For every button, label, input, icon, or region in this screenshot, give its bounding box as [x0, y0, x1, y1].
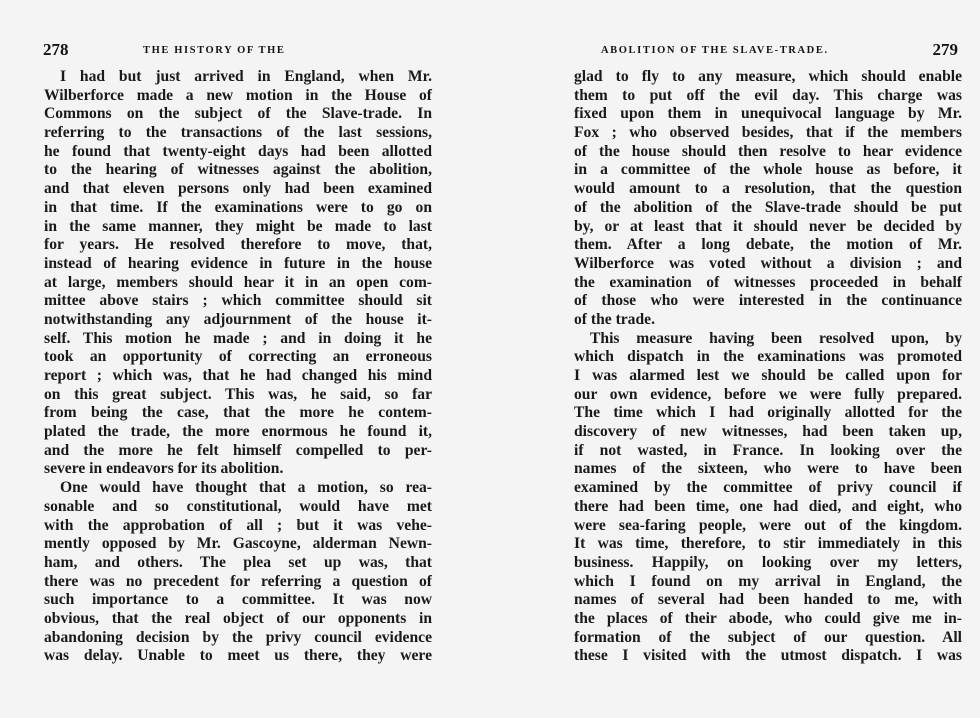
- page-number: 279: [933, 40, 959, 60]
- right-running-head: ABOLITION OF THE SLAVE-TRADE. 279: [573, 44, 958, 64]
- text-line: referring to the transactions of the las…: [44, 124, 432, 143]
- text-line: the places of their abode, who could giv…: [574, 610, 962, 629]
- text-line: discovery of new witnesses, had been tak…: [574, 423, 962, 442]
- text-line: of those who were interested in the cont…: [574, 292, 962, 311]
- text-line: the examination of witnesses proceeded i…: [574, 274, 962, 293]
- text-line: The time which I had originally allotted…: [574, 404, 962, 423]
- text-line: plated the trade, the more enormous he f…: [44, 423, 432, 442]
- text-line: fixed upon them in unequivocal language …: [574, 105, 962, 124]
- text-line: names of several had been handed to me, …: [574, 591, 962, 610]
- text-line: at large, members should hear it in an o…: [44, 274, 432, 293]
- right-body-text: glad to fly to any measure, which should…: [574, 68, 962, 666]
- text-line: mently opposed by Mr. Gascoyne, alderman…: [44, 535, 432, 554]
- text-line: glad to fly to any measure, which should…: [574, 68, 962, 87]
- text-line: from being the case, that the more he co…: [44, 404, 432, 423]
- running-head-title: THE HISTORY OF THE: [143, 45, 286, 56]
- text-line: instead of hearing evidence in future in…: [44, 255, 432, 274]
- text-line: One would have thought that a motion, so…: [44, 479, 432, 498]
- text-line: in a committee of the whole house as bef…: [574, 161, 962, 180]
- text-line: such importance to a committee. It was n…: [44, 591, 432, 610]
- text-line: them. After a long debate, the motion of…: [574, 236, 962, 255]
- left-page: 278 THE HISTORY OF THE I had but just ar…: [0, 0, 490, 718]
- text-line: were sea-faring people, were out of the …: [574, 517, 962, 536]
- text-line: our own evidence, before we were fully p…: [574, 386, 962, 405]
- text-line: he found that twenty-eight days had been…: [44, 143, 432, 162]
- text-line: of the trade.: [574, 311, 962, 330]
- text-line: which I found on my arrival in England, …: [574, 573, 962, 592]
- text-line: This measure having been resolved upon, …: [574, 330, 962, 349]
- text-line: on this great subject. This was, he said…: [44, 386, 432, 405]
- text-line: in that time. If the examinations were t…: [44, 199, 432, 218]
- text-line: report ; which was, that he had changed …: [44, 367, 432, 386]
- text-line: Wilberforce was voted without a division…: [574, 255, 962, 274]
- text-line: examined by the committee of privy counc…: [574, 479, 962, 498]
- text-line: and the more he felt himself compelled t…: [44, 442, 432, 461]
- left-running-head: 278 THE HISTORY OF THE: [43, 44, 428, 64]
- text-line: took an opportunity of correcting an err…: [44, 348, 432, 367]
- text-line: and that eleven persons only had been ex…: [44, 180, 432, 199]
- text-line: with the approbation of all ; but it was…: [44, 517, 432, 536]
- text-line: Wilberforce made a new motion in the Hou…: [44, 87, 432, 106]
- text-line: I was alarmed lest we should be called u…: [574, 367, 962, 386]
- text-line: them to put off the evil day. This charg…: [574, 87, 962, 106]
- text-line: It was time, therefore, to stir immediat…: [574, 535, 962, 554]
- text-line: was delay. Unable to meet us there, they…: [44, 647, 432, 666]
- running-head-title: ABOLITION OF THE SLAVE-TRADE.: [601, 45, 829, 56]
- text-line: mittee above stairs ; which committee sh…: [44, 292, 432, 311]
- text-line: would amount to a resolution, that the q…: [574, 180, 962, 199]
- text-line: sonable and so constitutional, would hav…: [44, 498, 432, 517]
- text-line: of the house should then resolve to hear…: [574, 143, 962, 162]
- text-line: in the same manner, they might be made t…: [44, 218, 432, 237]
- text-line: notwithstanding any adjournment of the h…: [44, 311, 432, 330]
- text-line: which dispatch in the examinations was p…: [574, 348, 962, 367]
- text-line: I had but just arrived in England, when …: [44, 68, 432, 87]
- text-line: by, or at least that it should never be …: [574, 218, 962, 237]
- text-line: business. Happily, on looking over my le…: [574, 554, 962, 573]
- text-line: ham, and others. The plea set up was, th…: [44, 554, 432, 573]
- text-line: there was no precedent for referring a q…: [44, 573, 432, 592]
- text-line: severe in endeavors for its abolition.: [44, 460, 432, 479]
- text-line: names of the sixteen, who were to have b…: [574, 460, 962, 479]
- text-line: there had been time, one had died, and e…: [574, 498, 962, 517]
- text-line: self. This motion he made ; and in doing…: [44, 330, 432, 349]
- text-line: obvious, that the real object of our opp…: [44, 610, 432, 629]
- right-page: ABOLITION OF THE SLAVE-TRADE. 279 glad t…: [490, 0, 980, 718]
- text-line: formation of the subject of our question…: [574, 629, 962, 648]
- text-line: if not wasted, in France. In looking ove…: [574, 442, 962, 461]
- page-number: 278: [43, 40, 69, 60]
- text-line: Fox ; who observed besides, that if the …: [574, 124, 962, 143]
- text-line: Commons on the subject of the Slave-trad…: [44, 105, 432, 124]
- text-line: for years. He resolved therefore to move…: [44, 236, 432, 255]
- left-body-text: I had but just arrived in England, when …: [44, 68, 432, 666]
- text-line: of the abolition of the Slave-trade shou…: [574, 199, 962, 218]
- text-line: these I visited with the utmost dispatch…: [574, 647, 962, 666]
- text-line: abandoning decision by the privy council…: [44, 629, 432, 648]
- text-line: to the hearing of witnesses against the …: [44, 161, 432, 180]
